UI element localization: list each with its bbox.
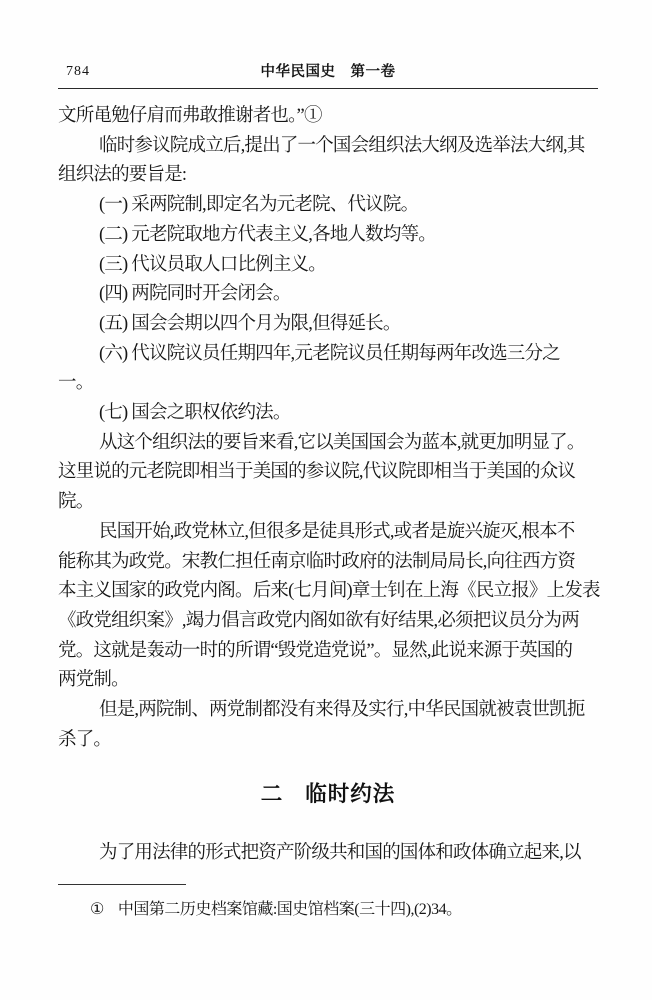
text-line: 从这个组织法的要旨来看,它以美国国会为蓝本,就更加明显了。 <box>58 429 598 459</box>
text-line: 两党制。 <box>58 666 598 696</box>
text-line: 一。 <box>58 369 598 399</box>
text-line: 这里说的元老院即相当于美国的参议院,代议院即相当于美国的众议 <box>58 458 598 488</box>
text-line: 组织法的要旨是: <box>58 161 598 191</box>
text-line: (四) 两院同时开会闭会。 <box>58 280 598 310</box>
text-line: (一) 采两院制,即定名为元老院、代议院。 <box>58 191 598 221</box>
page-number: 784 <box>66 62 90 82</box>
text-line: 文所黾勉仔肩而弗敢推谢者也。”① <box>58 102 598 132</box>
text-line: 党。这就是轰动一时的所谓“毁党造党说”。显然,此说来源于英国的 <box>58 637 598 667</box>
text-line: 院。 <box>58 488 598 518</box>
text-line: (二) 元老院取地方代表主义,各地人数均等。 <box>58 221 598 251</box>
running-title: 中华民国史 第一卷 <box>58 62 598 82</box>
after-section-text: 为了用法律的形式把资产阶级共和国的国体和政体确立起来,以 <box>58 839 598 869</box>
section-heading: 二临时约法 <box>58 779 598 809</box>
text-line: 为了用法律的形式把资产阶级共和国的国体和政体确立起来,以 <box>58 839 598 869</box>
footnote-text: 中国第二历史档案馆藏:国史馆档案(三十四),(2)34。 <box>118 901 462 918</box>
text-line: 杀了。 <box>58 726 598 756</box>
text-line: (五) 国会会期以四个月为限,但得延长。 <box>58 310 598 340</box>
body-text: 文所黾勉仔肩而弗敢推谢者也。”①临时参议院成立后,提出了一个国会组织法大纲及选举… <box>58 102 598 755</box>
text-line: (七) 国会之职权依约法。 <box>58 399 598 429</box>
text-line: (六) 代议院议员任期四年,元老院议员任期每两年改选三分之 <box>58 340 598 370</box>
footnote-divider <box>58 884 186 885</box>
section-number: 二 <box>261 782 284 806</box>
text-line: 本主义国家的政党内阁。后来(七月间)章士钊在上海《民立报》上发表 <box>58 577 598 607</box>
page-content: 784 中华民国史 第一卷 文所黾勉仔肩而弗敢推谢者也。”①临时参议院成立后,提… <box>58 62 598 922</box>
header-rule <box>58 88 598 89</box>
text-line: 临时参议院成立后,提出了一个国会组织法大纲及选举法大纲,其 <box>58 132 598 162</box>
text-line: 民国开始,政党林立,但很多是徒具形式,或者是旋兴旋灭,根本不 <box>58 518 598 548</box>
text-line: 但是,两院制、两党制都没有来得及实行,中华民国就被袁世凯扼 <box>58 696 598 726</box>
section-title: 临时约法 <box>305 782 395 806</box>
footnote: ①中国第二历史档案馆藏:国史馆档案(三十四),(2)34。 <box>58 898 598 922</box>
book-page: 784 中华民国史 第一卷 文所黾勉仔肩而弗敢推谢者也。”①临时参议院成立后,提… <box>0 0 652 1000</box>
running-head: 784 中华民国史 第一卷 <box>58 62 598 84</box>
footnote-marker: ① <box>90 901 104 918</box>
text-line: 能称其为政党。宋教仁担任南京临时政府的法制局局长,向往西方资 <box>58 548 598 578</box>
text-line: (三) 代议员取人口比例主义。 <box>58 251 598 281</box>
text-line: 《政党组织案》,竭力倡言政党内阁如欲有好结果,必须把议员分为两 <box>58 607 598 637</box>
